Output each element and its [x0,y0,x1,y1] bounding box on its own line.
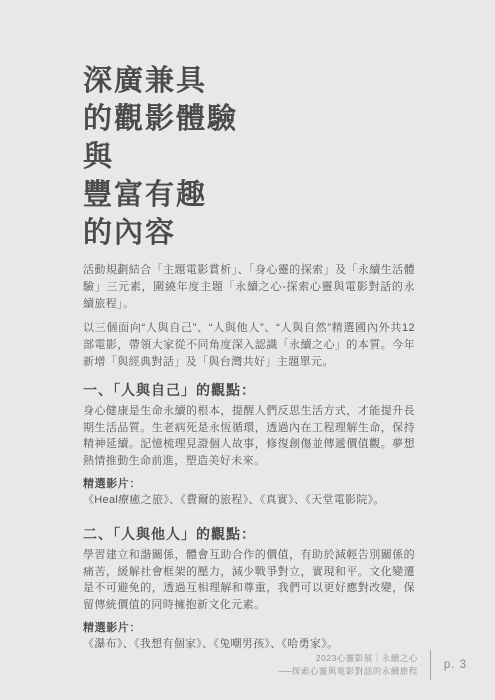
page-title-line: 的內容 [83,214,415,252]
section-2-body: 學習建立和諧關係，體會互助合作的價值，有助於減輕告別關係的痛苦，緩解社會框架的壓… [83,547,415,614]
page-content: 深廣兼具 的觀影體驗 與 豐富有趣 的內容 活動規劃結合「主題電影賞析」、「身心… [83,62,415,653]
section-1-films-list: 《Heal療癒之旅》、《費爾的旅程》、《真實》、《天堂電影院》。 [83,492,415,509]
section-2-heading: 二、「人與他人」的觀點： [83,525,415,543]
page-title: 深廣兼具 的觀影體驗 與 豐富有趣 的內容 [83,62,415,252]
page-title-line: 深廣兼具 [83,62,415,100]
section-1-body: 身心健康是生命永續的根本，提醒人們反思生活方式，才能提升長期生活品質。生老病死是… [83,403,415,470]
page-title-line: 的觀影體驗 [83,100,415,138]
footer-event-title: 2023心靈影展｜永續之心 ──探索心靈與電影對話的永續旅程 [279,652,418,678]
footer-line-2: ──探索心靈與電影對話的永續旅程 [279,665,418,678]
section-2-films-label: 精選影片： [83,621,415,636]
intro-paragraph-2: 以三個面向“人與自己”、“人與他人”、“人與自然”精選國內外共12部電影，帶領大… [83,320,415,370]
page-footer: 2023心靈影展｜永續之心 ──探索心靈與電影對話的永續旅程 p. 3 [279,650,467,680]
section-1-films-label: 精選影片： [83,477,415,492]
document-page: 深廣兼具 的觀影體驗 與 豐富有趣 的內容 活動規劃結合「主題電影賞析」、「身心… [0,0,495,700]
section-1-heading: 一、「人與自己」的觀點： [83,381,415,399]
page-number: p. 3 [444,659,467,671]
footer-line-1: 2023心靈影展｜永續之心 [279,652,418,665]
footer-divider [430,650,431,680]
page-title-line: 豐富有趣 [83,176,415,214]
intro-paragraph-1: 活動規劃結合「主題電影賞析」、「身心靈的探索」及「永續生活體驗」三元素，圍繞年度… [83,262,415,312]
page-title-line: 與 [83,138,415,176]
